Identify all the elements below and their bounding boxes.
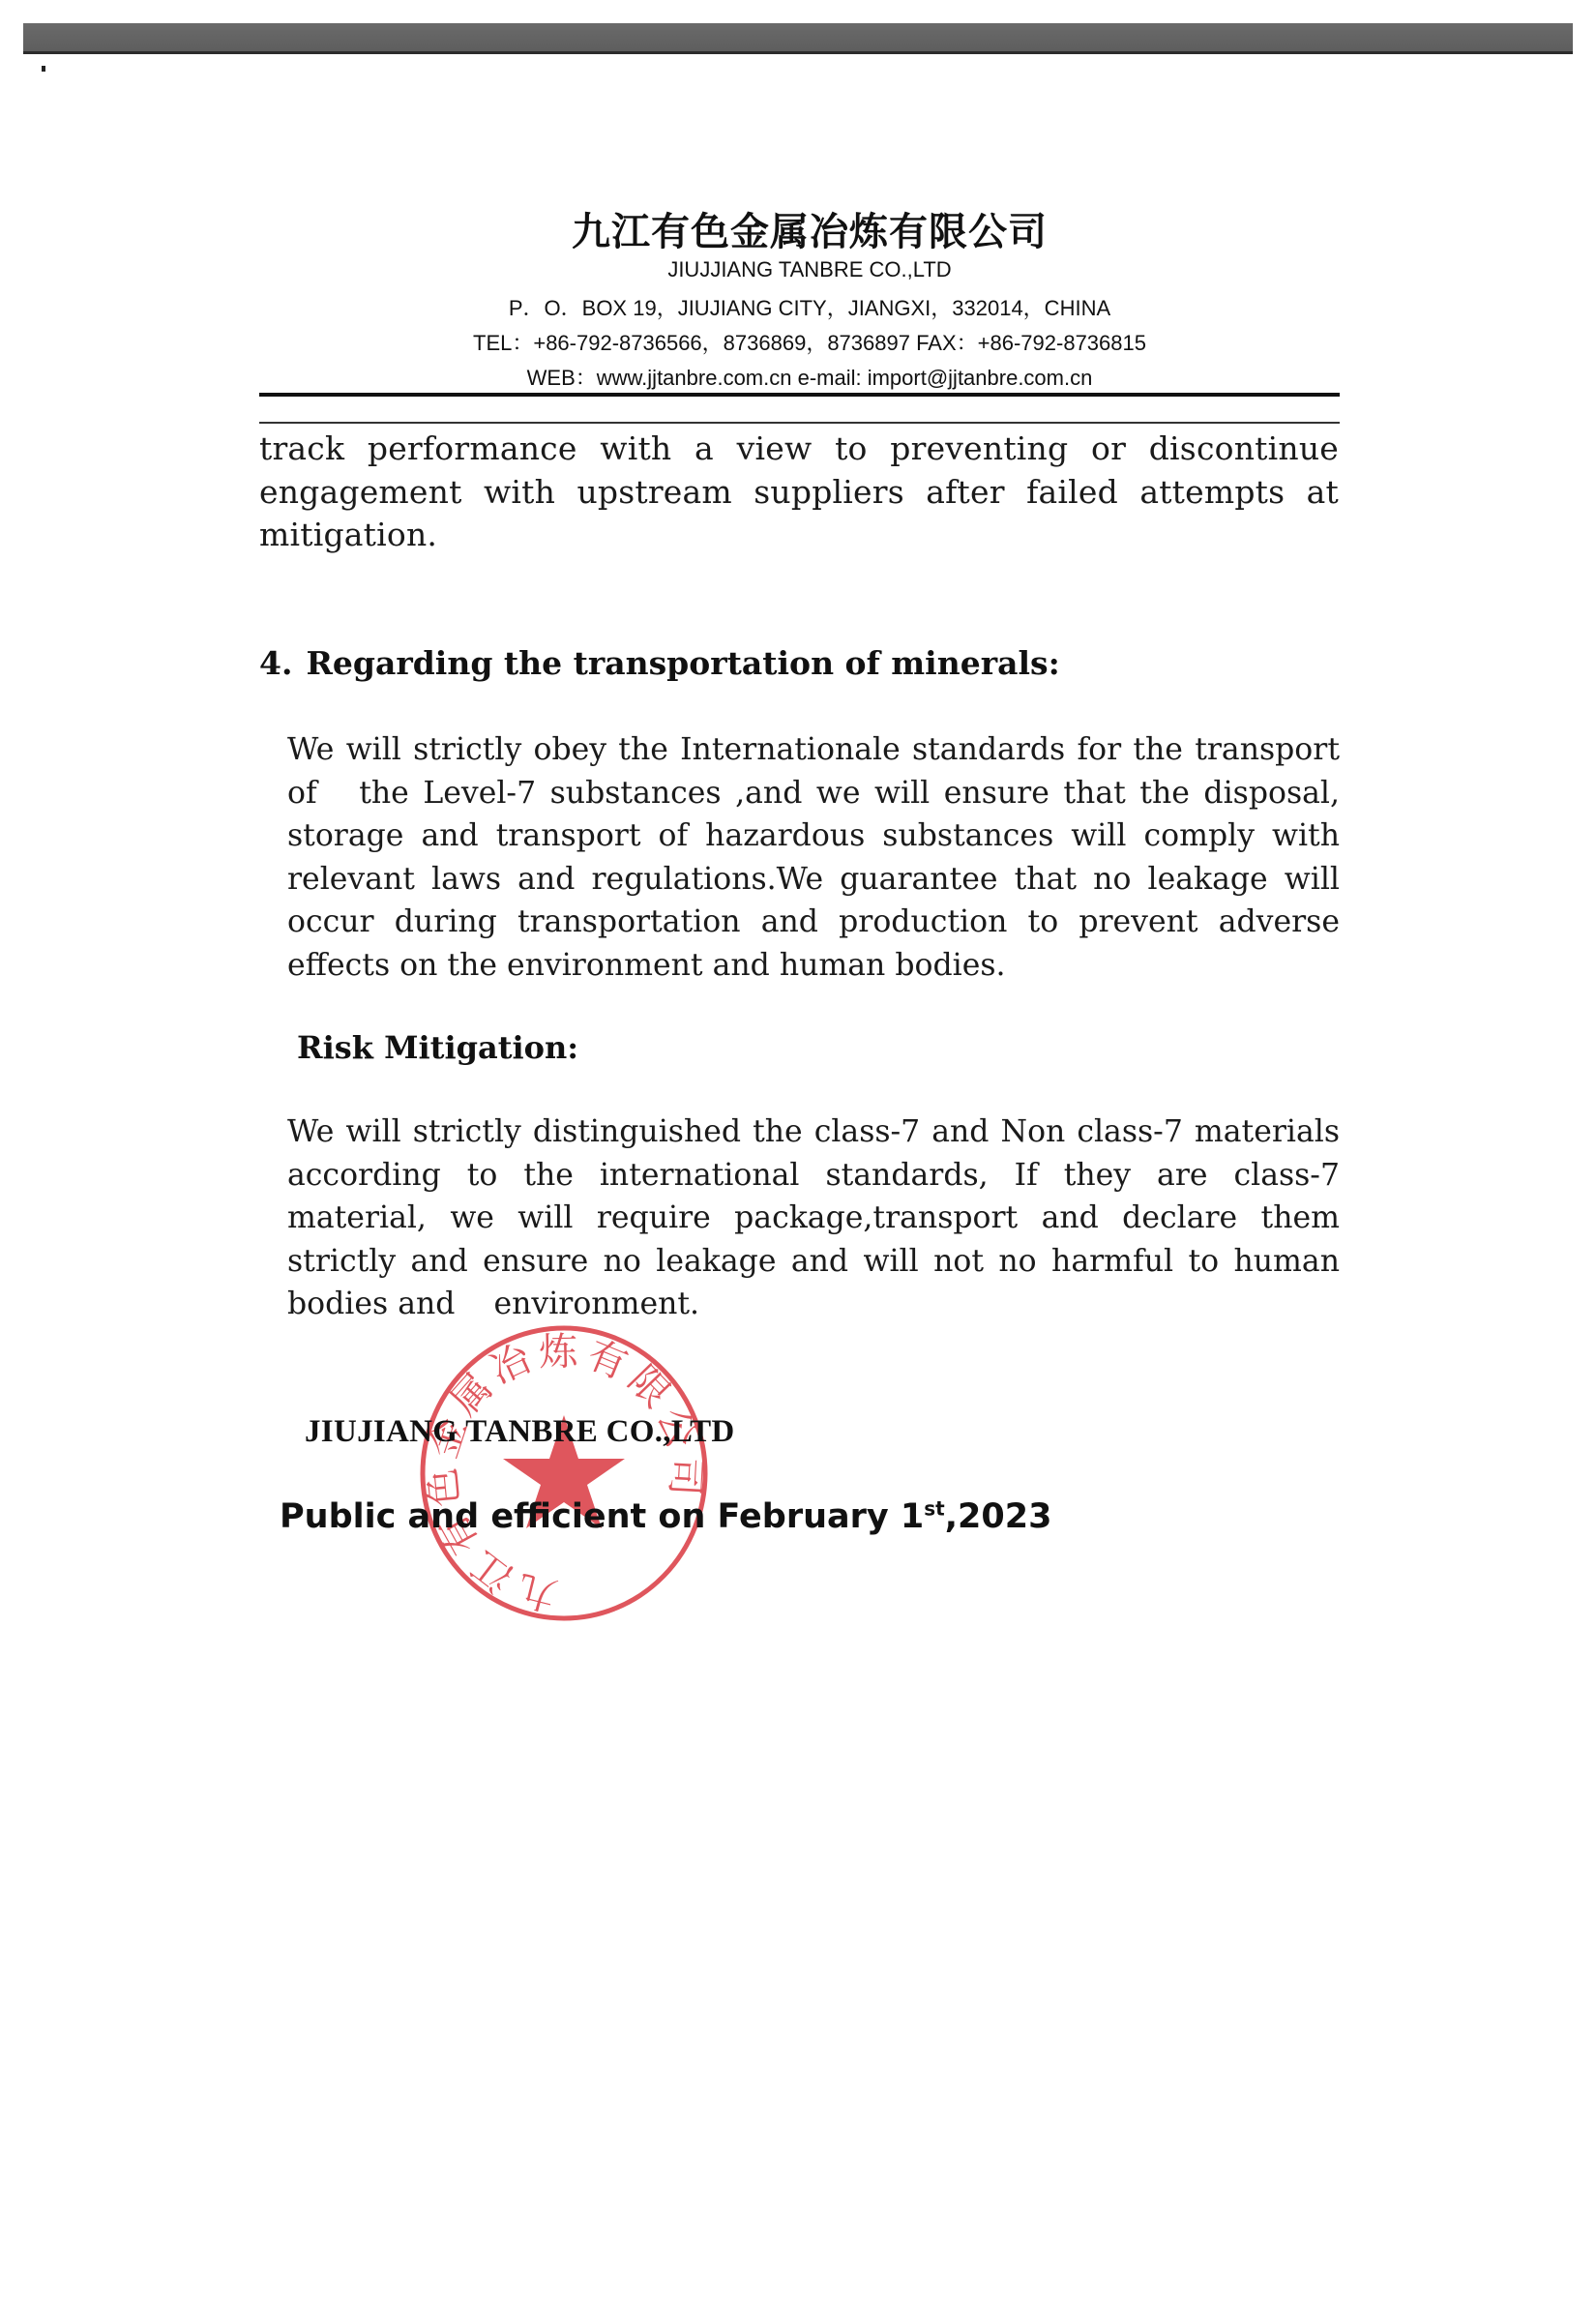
- risk-mitigation-paragraph: We will strictly distinguished the class…: [287, 1110, 1340, 1326]
- continuation-paragraph: track performance with a view to prevent…: [259, 428, 1339, 557]
- company-web-email: WEB：www.jjtanbre.com.cn e-mail: import@j…: [12, 362, 1596, 392]
- letterhead-divider-thin: [259, 422, 1340, 424]
- section-4-heading: 4.Regarding the transportation of minera…: [259, 644, 1060, 682]
- effective-date: Public and efficient on February 1st,202…: [280, 1497, 1051, 1536]
- company-phone-fax: TEL：+86-792-8736566，8736869，8736897 FAX：…: [12, 327, 1596, 357]
- date-ordinal: st: [924, 1496, 944, 1520]
- scan-artifact: [42, 66, 45, 72]
- risk-mitigation-heading: Risk Mitigation:: [297, 1029, 578, 1066]
- date-prefix: Public and efficient on February 1: [280, 1497, 924, 1536]
- company-name-chinese: 九江有色金属冶炼有限公司: [12, 201, 1596, 256]
- company-name-english: JIUJJIANG TANBRE CO.,LTD: [12, 257, 1596, 282]
- company-seal-stamp: 九江有色金属冶炼有限公司: [414, 1323, 714, 1623]
- date-year: ,2023: [945, 1497, 1052, 1536]
- section-4-paragraph: We will strictly obey the Internationale…: [287, 728, 1340, 987]
- letterhead-divider-thick: [259, 393, 1340, 397]
- section-title: Regarding the transportation of minerals…: [306, 644, 1059, 682]
- section-number: 4.: [259, 644, 292, 682]
- signature-company: JIUJIANG TANBRE CO.,LTD: [305, 1414, 735, 1450]
- scan-edge-bar: [23, 23, 1573, 54]
- company-address: P．O．BOX 19，JIUJIANG CITY，JIANGXI，332014，…: [12, 292, 1596, 322]
